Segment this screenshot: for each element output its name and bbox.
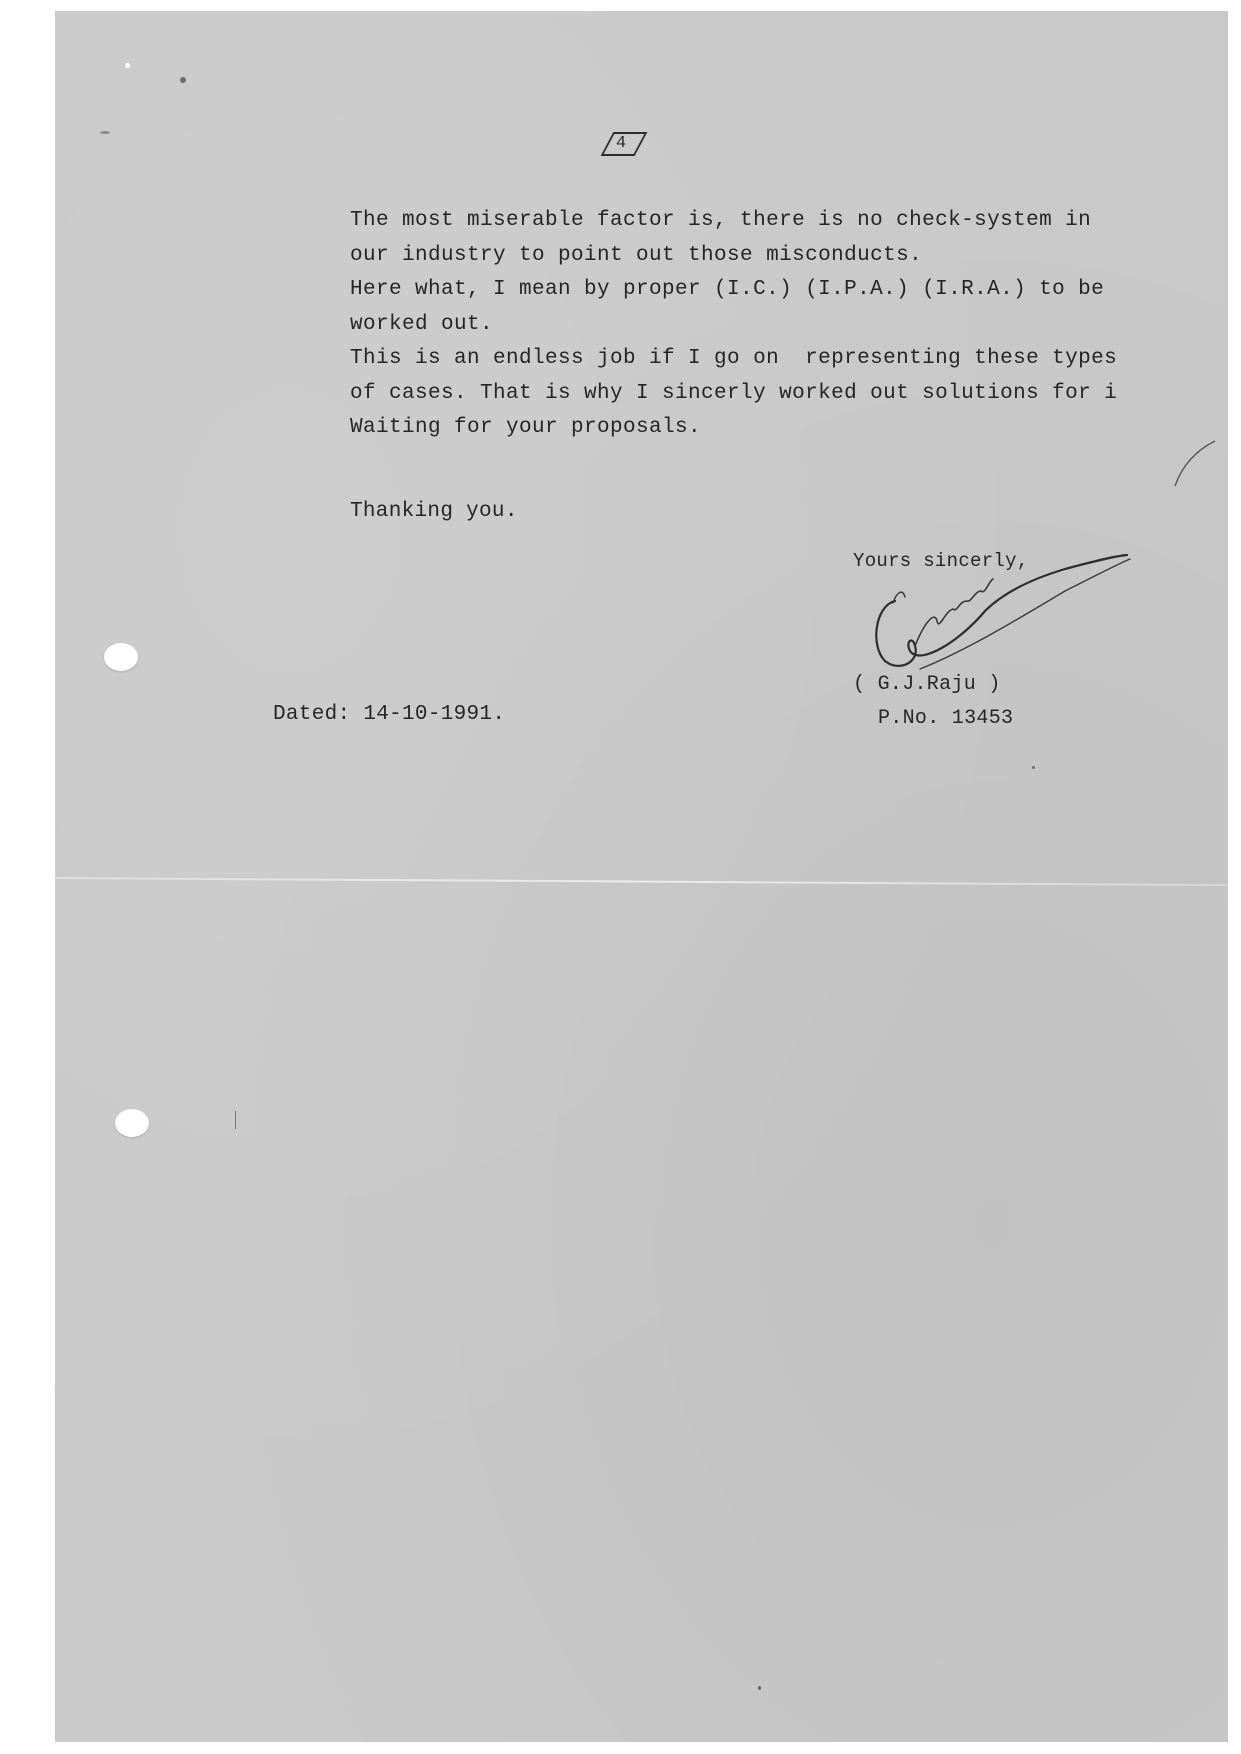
handwritten-signature: [865, 551, 1185, 681]
punch-hole-top: [104, 643, 138, 671]
paper-mark: [235, 1111, 236, 1129]
body-line: our industry to point out those miscondu…: [350, 239, 1228, 274]
letter-body: The most miserable factor is, there is n…: [350, 204, 1228, 446]
letter-page: 4 The most miserable factor is, there is…: [55, 11, 1228, 1742]
body-line: worked out.: [350, 308, 1228, 343]
closing-line: Thanking you.: [350, 500, 518, 523]
body-line: The most miserable factor is, there is n…: [350, 204, 1228, 239]
body-line: Here what, I mean by proper (I.C.) (I.P.…: [350, 273, 1228, 308]
paper-speck: [125, 63, 130, 68]
paper-speck: [758, 1686, 761, 1690]
pen-stroke-mark: [1170, 431, 1220, 491]
paper-speck: [1032, 766, 1035, 769]
signatory-name: ( G.J.Raju ): [853, 673, 1001, 696]
letter-date: Dated: 14-10-1991.: [273, 703, 505, 726]
body-line: of cases. That is why I sincerly worked …: [350, 377, 1228, 412]
punch-hole-bottom: [115, 1109, 149, 1137]
paper-speck: [100, 131, 110, 134]
page-number: 4: [603, 132, 639, 156]
signatory-personnel-number: P.No. 13453: [878, 707, 1013, 730]
body-line: Waiting for your proposals.: [350, 411, 1228, 446]
paper-speck: [180, 77, 186, 83]
paper-fold-line: [55, 877, 1228, 886]
body-line: This is an endless job if I go on repres…: [350, 342, 1228, 377]
